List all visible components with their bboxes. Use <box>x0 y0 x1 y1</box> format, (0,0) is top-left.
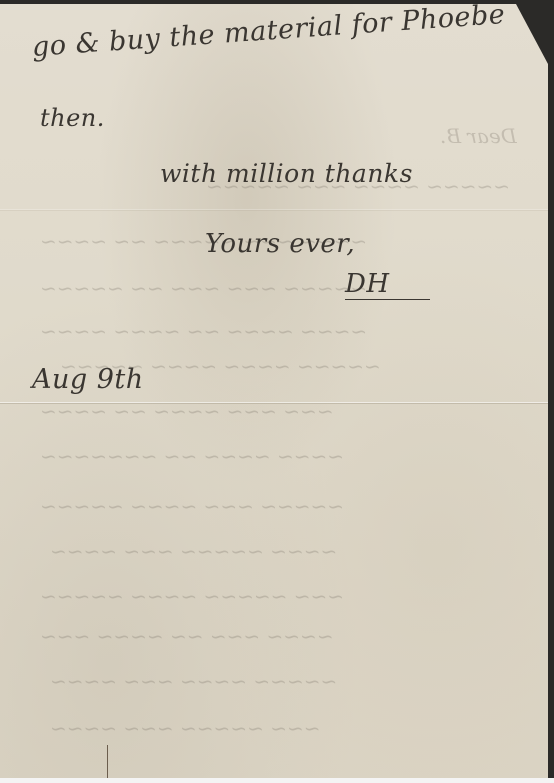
letter-valediction: Yours ever, <box>205 229 355 259</box>
letter-signature: DH <box>345 269 430 300</box>
show-through-text: ~~~ ~~~ ~~~~ ~~ ~~~~ <box>40 399 334 423</box>
show-through-text: ~~~~ ~~~~ ~~ ~~~~~~~ <box>40 444 344 468</box>
letter-date: Aug 9th <box>32 364 144 395</box>
letter-page: Dear B. ~~~~~ ~~~~ ~~~ ~~~~~ ~~~~ ~~~ ~~… <box>0 4 548 778</box>
paper-crease <box>0 209 548 210</box>
letter-closing: with million thanks <box>160 159 413 188</box>
letter-line-1: go & buy the material for Phoebe <box>31 0 506 63</box>
letter-line-2: then. <box>40 104 105 132</box>
show-through-text: ~~~~ ~~~~~ ~~~ ~~~~ <box>50 539 337 563</box>
show-through-text: ~~~~~ ~~~ ~~~~ ~~~~~ <box>40 494 344 518</box>
show-through-text: ~~~~ ~~~ ~~ ~~~~ ~~~ <box>40 624 334 648</box>
show-through-text: ~~~ ~~~~~ ~~~ ~~~~ <box>50 716 320 740</box>
show-through-text: ~~~~~ ~~~ ~~~ ~~ ~~~~~ <box>40 276 367 300</box>
show-through-text: ~~~ ~~~~~ ~~~~ ~~~~~ <box>40 584 344 608</box>
show-through-text: ~~~~~ ~~~~ ~~~ ~~~~ <box>50 669 337 693</box>
show-through-text: Dear B. <box>440 124 517 148</box>
scan-bottom-edge <box>0 778 554 783</box>
show-through-text: ~~~~ ~~~~ ~~ ~~~~ ~~~~ <box>40 319 367 343</box>
